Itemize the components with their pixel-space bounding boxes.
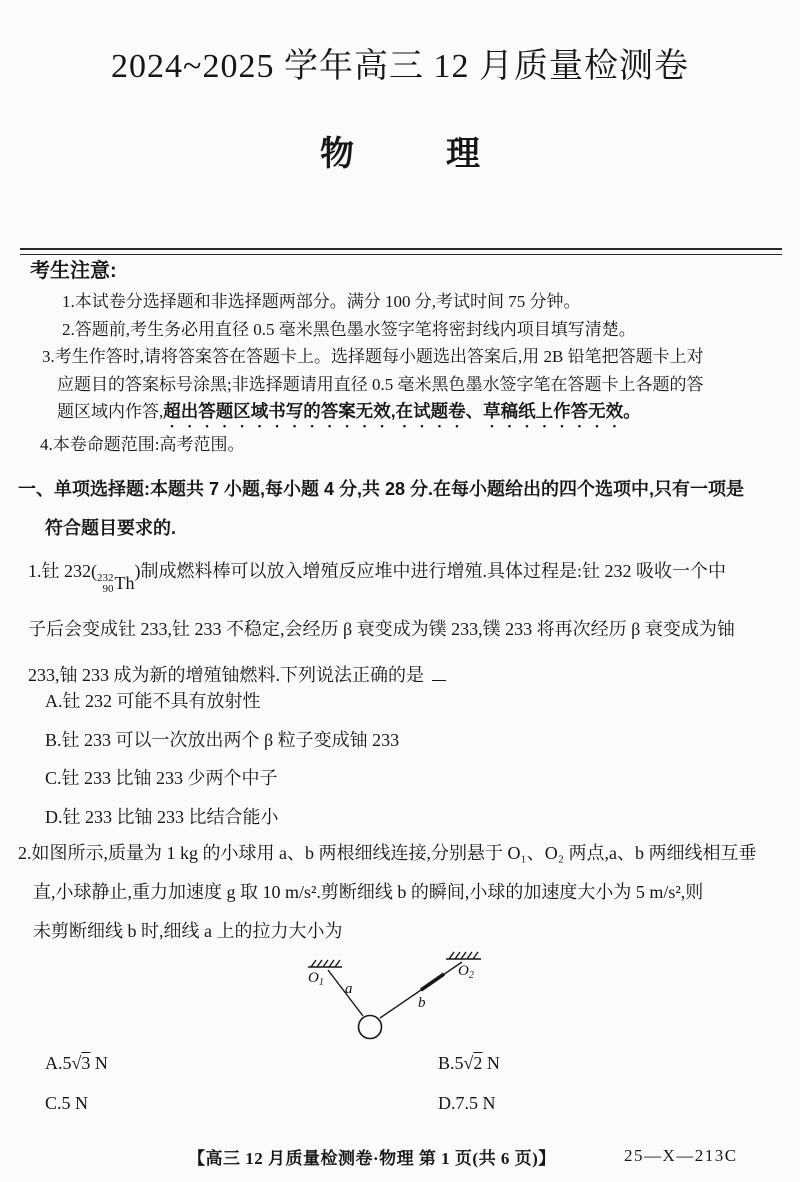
notice-item-3-line-3: 题区域内作答,超出答题区域书写的答案无效,在试题卷、草稿纸上作答无效。 xyxy=(57,398,782,431)
question-2-option-a: A.5√3 N xyxy=(45,1043,438,1083)
notice-item-1: 1.本试卷分选择题和非选择题两部分。满分 100 分,考试时间 75 分钟。 xyxy=(62,288,782,316)
section-1-heading-line-1: 一、单项选择题:本题共 7 小题,每小题 4 分,共 28 分.在每小题给出的四… xyxy=(18,470,793,509)
question-2: 2.如图所示,质量为 1 kg 的小球用 a、b 两根细线连接,分别悬于 O₁、… xyxy=(18,834,790,951)
anchor-o2-label: O2 xyxy=(458,963,474,981)
footer-page-label: 【高三 12 月质量检测卷·物理 第 1 页(共 6 页)】 xyxy=(188,1144,556,1169)
subject-char-second: 理 xyxy=(446,126,480,175)
question-1-option-d: D.钍 233 比铀 233 比结合能小 xyxy=(45,798,399,837)
radical-sign: √ xyxy=(464,1053,474,1073)
string-ball-diagram: O1 O2 a b xyxy=(292,946,497,1052)
notice-item-3-line-1: 3.考生作答时,请将答案答在答题卡上。选择题每小题选出答案后,用 2B 铅笔把答… xyxy=(42,343,782,371)
subject-title: 物 理 xyxy=(0,126,800,175)
question-1-line-1: 1.钍 232(23290Th)制成燃料棒可以放入增殖反应堆中进行增殖.具体过程… xyxy=(28,548,790,606)
question-2-option-c: C.5 N xyxy=(45,1083,438,1123)
section-1-heading-line-2: 符合题目要求的. xyxy=(45,509,793,548)
ceiling-hatch-right xyxy=(446,952,481,959)
question-2-figure: O1 O2 a b xyxy=(292,946,497,1052)
question-2-option-d: D.7.5 N xyxy=(438,1083,765,1123)
notice-block: 考生注意: 1.本试卷分选择题和非选择题两部分。满分 100 分,考试时间 75… xyxy=(30,258,782,459)
question-2-line-2: 直,小球静止,重力加速度 g 取 10 m/s².剪断细线 b 的瞬间,小球的加… xyxy=(33,873,790,912)
notice-item-4: 4.本卷命题范围:高考范围。 xyxy=(40,431,782,459)
question-1-line-2: 子后会变成钍 233,钍 233 不稳定,会经历 β 衰变成为镤 233,镤 2… xyxy=(28,606,790,652)
question-1-option-b: B.钍 233 可以一次放出两个 β 粒子变成铀 233 xyxy=(45,721,399,760)
question-2-option-b: B.5√2 N xyxy=(438,1043,765,1083)
string-b-label: b xyxy=(418,995,426,1011)
notice-item-3-line-2: 应题目的答案标号涂黑;非选择题请用直径 0.5 毫米黑色墨水签字笔在答题卡上各题… xyxy=(57,371,782,399)
section-1-heading: 一、单项选择题:本题共 7 小题,每小题 4 分,共 28 分.在每小题给出的四… xyxy=(18,470,793,548)
nuclide-atomic-number: 90 xyxy=(103,584,114,595)
question-1: 1.钍 232(23290Th)制成燃料棒可以放入增殖反应堆中进行增殖.具体过程… xyxy=(28,548,790,698)
subject-char-first: 物 xyxy=(320,126,354,175)
nuclide-mass-number: 232 xyxy=(97,573,114,584)
string-a-label: a xyxy=(345,981,353,997)
answer-blank xyxy=(432,666,446,681)
question-2-line-1: 2.如图所示,质量为 1 kg 的小球用 a、b 两根细线连接,分别悬于 O₁、… xyxy=(18,834,790,873)
radical-sign: √ xyxy=(72,1053,82,1073)
exam-page: 2024~2025 学年高三 12 月质量检测卷 物 理 考生注意: 1.本试卷… xyxy=(0,0,800,1182)
nuclide-symbol: Th xyxy=(115,560,135,606)
ceiling-hatch-left xyxy=(308,960,342,967)
notice-item-2: 2.答题前,考生务必用直径 0.5 毫米黑色墨水签字笔将密封线内项目填写清楚。 xyxy=(62,316,782,344)
notice-heading: 考生注意: xyxy=(30,258,782,284)
exam-title: 2024~2025 学年高三 12 月质量检测卷 xyxy=(0,38,800,87)
anchor-o1-label: O1 xyxy=(308,970,324,988)
footer-paper-code: 25—X—213C xyxy=(624,1146,738,1166)
notice-item-3-emphasis: 超出答题区域书写的答案无效,在试题卷、草稿纸上作答无效。 xyxy=(163,401,640,421)
header-divider xyxy=(20,248,782,255)
question-1-option-a: A.钍 232 可能不具有放射性 xyxy=(45,682,399,721)
string-b-thick-segment xyxy=(421,974,444,990)
question-2-options: A.5√3 N B.5√2 N C.5 N D.7.5 N xyxy=(45,1043,765,1123)
question-1-options: A.钍 232 可能不具有放射性 B.钍 233 可以一次放出两个 β 粒子变成… xyxy=(45,682,399,836)
question-1-option-c: C.钍 233 比铀 233 少两个中子 xyxy=(45,759,399,798)
ball-circle xyxy=(359,1016,382,1039)
notice-item-3-line-3-plain: 题区域内作答, xyxy=(57,402,163,421)
thorium-nuclide-notation: 23290Th xyxy=(97,560,135,606)
